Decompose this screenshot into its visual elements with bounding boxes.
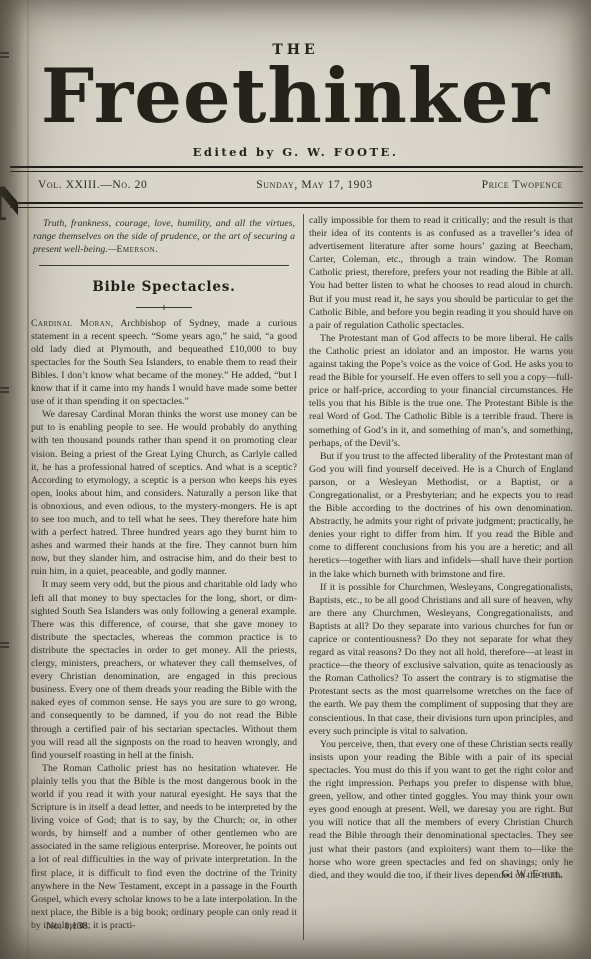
article-paragraph: Cardinal Moran, Archbishop of Sydney, ma… (31, 317, 297, 409)
article-title: Bible Spectacles. (31, 279, 297, 295)
article-paragraph: The Protestant man of God affects to be … (309, 332, 573, 450)
issue-date: Sunday, May 17, 1903 (256, 179, 372, 191)
right-column: cally impossible for them to read it cri… (309, 213, 573, 959)
edge-mark (0, 642, 9, 644)
article-paragraph: We daresay Cardinal Moran thinks the wor… (31, 408, 297, 578)
column-divider-rule (303, 214, 304, 940)
epigraph: Truth, frankness, courage, love, humilit… (33, 218, 295, 256)
masthead: THE Freethinker Edited by G. W. FOOTE. (0, 42, 591, 159)
paragraph-lead: Cardinal Moran, (31, 318, 113, 329)
article-body: Truth, frankness, courage, love, humilit… (31, 213, 573, 959)
left-paragraph-list: We daresay Cardinal Moran thinks the wor… (31, 408, 297, 932)
issue-info-row: Vol. XXIII.—No. 20 Sunday, May 17, 1903 … (38, 179, 563, 191)
newspaper-page: N THE Freethinker Edited by G. W. FOOTE.… (0, 0, 591, 959)
issue-price: Price Twopence (482, 179, 563, 191)
volume-number: Vol. XXIII.—No. 20 (38, 179, 147, 191)
issue-number-footer: No. 1,138 (46, 921, 88, 932)
left-column: Truth, frankness, courage, love, humilit… (31, 213, 297, 959)
masthead-byline: Edited by G. W. FOOTE. (0, 145, 591, 159)
right-paragraph-list: The Protestant man of God affects to be … (309, 332, 573, 882)
epigraph-text: Truth, frankness, courage, love, humilit… (33, 218, 295, 255)
article-paragraph: You perceive, then, that every one of th… (309, 738, 573, 882)
double-rule-bottom (10, 202, 583, 208)
paragraph-text: Archbishop of Sydney, made a curious sta… (31, 318, 297, 408)
double-rule-top (10, 166, 583, 172)
epigraph-rule (39, 265, 289, 266)
article-paragraph: If it is possible for Churchmen, Wesleya… (309, 581, 573, 738)
article-paragraph: The Roman Catholic priest has no hesitat… (31, 762, 297, 932)
masthead-title: Freethinker (0, 61, 591, 132)
epigraph-attribution: Emerson. (116, 244, 158, 255)
article-paragraph: It may seem very odd, but the pious and … (31, 578, 297, 761)
article-paragraph: But if you trust to the affected liberal… (309, 450, 573, 581)
article-paragraph-continuation: cally impossible for them to read it cri… (309, 214, 573, 332)
edge-mark (0, 387, 9, 389)
title-ornament (136, 307, 192, 308)
